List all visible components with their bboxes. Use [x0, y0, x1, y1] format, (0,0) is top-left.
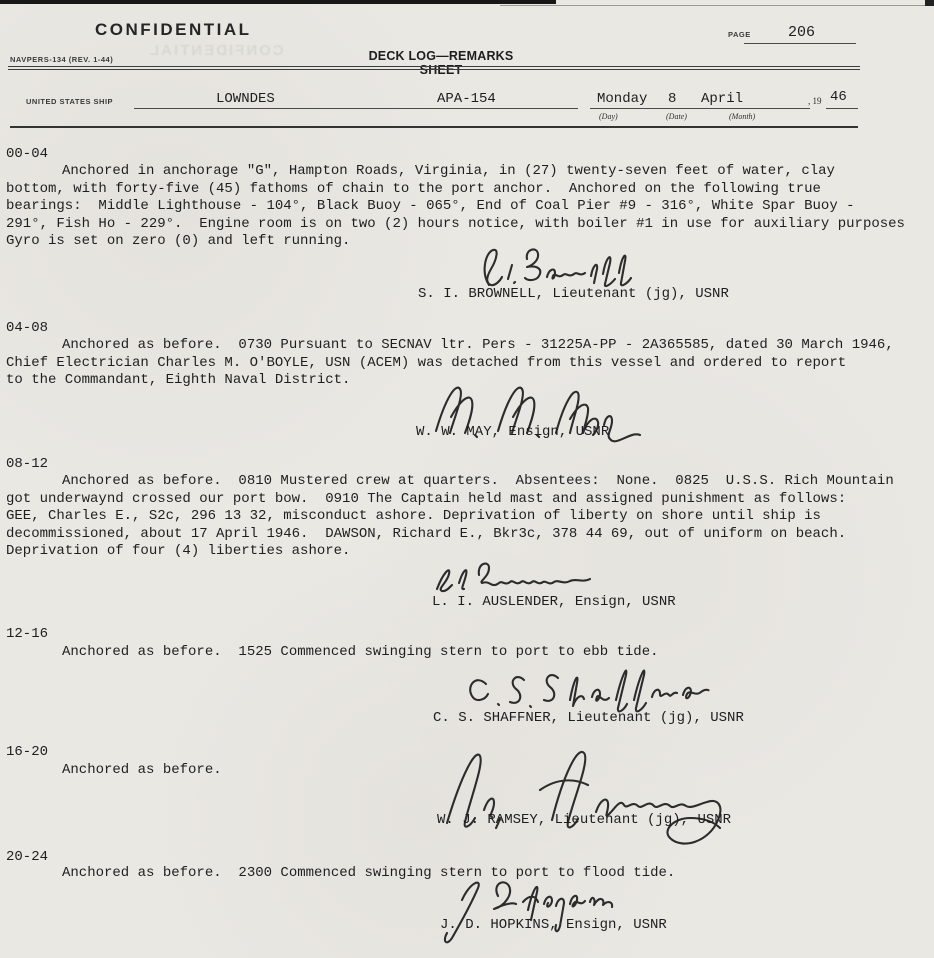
- entry-period-label: 12-16: [6, 626, 48, 642]
- classification-stamp: CONFIDENTIAL: [95, 20, 252, 40]
- caption-day: (Day): [599, 112, 618, 121]
- page-number: 206: [788, 24, 815, 41]
- date-month-value: April: [701, 91, 743, 107]
- signature-name: W. W. MAY, Ensign, USNR: [416, 424, 609, 440]
- deck-log-page: CONFIDENTIAL CONFIDENTIAL PAGE 206 NAVPE…: [0, 0, 934, 958]
- entry-text: Anchored as before. 0730 Pursuant to SEC…: [6, 337, 930, 390]
- date-day-value: Monday: [597, 91, 647, 107]
- entry-period-label: 20-24: [6, 849, 48, 865]
- caption-month: (Month): [729, 112, 755, 121]
- scan-corner-mark: [925, 0, 934, 6]
- entry-period-label: 08-12: [6, 456, 48, 472]
- entry-text: Anchored as before. 2300 Commenced swing…: [6, 865, 930, 883]
- ship-label: UNITED STATES SHIP: [26, 97, 113, 106]
- scan-edge-bar: [0, 0, 556, 4]
- entry-text: Anchored as before. 1525 Commenced swing…: [6, 644, 930, 662]
- signature-name: L. I. AUSLENDER, Ensign, USNR: [432, 594, 676, 610]
- signature-name: J. D. HOPKINS, Ensign, USNR: [440, 917, 667, 933]
- form-title: DECK LOG—REMARKS SHEET: [346, 49, 536, 77]
- double-rule: [8, 66, 860, 70]
- date-date-value: 8: [668, 91, 676, 107]
- entry-text: Anchored in anchorage "G", Hampton Roads…: [6, 163, 930, 251]
- signature-script-shaffner: [458, 666, 713, 716]
- form-number: NAVPERS-134 (REV. 1-44): [10, 55, 113, 64]
- signature-script-hopkins: [420, 872, 620, 952]
- scan-edge-line: [500, 5, 934, 6]
- page-label: PAGE: [728, 30, 751, 39]
- signature-name: W. J. RAMSEY, Lieutenant (jg), USNR: [437, 812, 731, 828]
- ghost-classification: CONFIDENTIAL: [148, 42, 284, 59]
- page-number-underline: [744, 43, 856, 44]
- caption-date: (Date): [666, 112, 687, 121]
- entry-period-label: 04-08: [6, 320, 48, 336]
- heavy-rule: [10, 126, 858, 128]
- year-underline: [826, 108, 858, 109]
- entry-text: Anchored as before. 0810 Mustered crew a…: [6, 473, 930, 561]
- hull-number-value: APA-154: [437, 91, 496, 107]
- ship-name-value: LOWNDES: [216, 91, 275, 107]
- signature-name: S. I. BROWNELL, Lieutenant (jg), USNR: [418, 286, 729, 302]
- entry-period-label: 16-20: [6, 744, 48, 760]
- signature-script-ramsey: [412, 738, 742, 856]
- date-underline: [590, 108, 810, 109]
- year-prefix: , 19: [808, 96, 822, 106]
- entry-text: Anchored as before.: [6, 762, 930, 780]
- entry-period-label: 00-04: [6, 146, 48, 162]
- year-value: 46: [830, 89, 847, 105]
- signature-name: C. S. SHAFFNER, Lieutenant (jg), USNR: [433, 710, 744, 726]
- ship-underline: [134, 108, 578, 109]
